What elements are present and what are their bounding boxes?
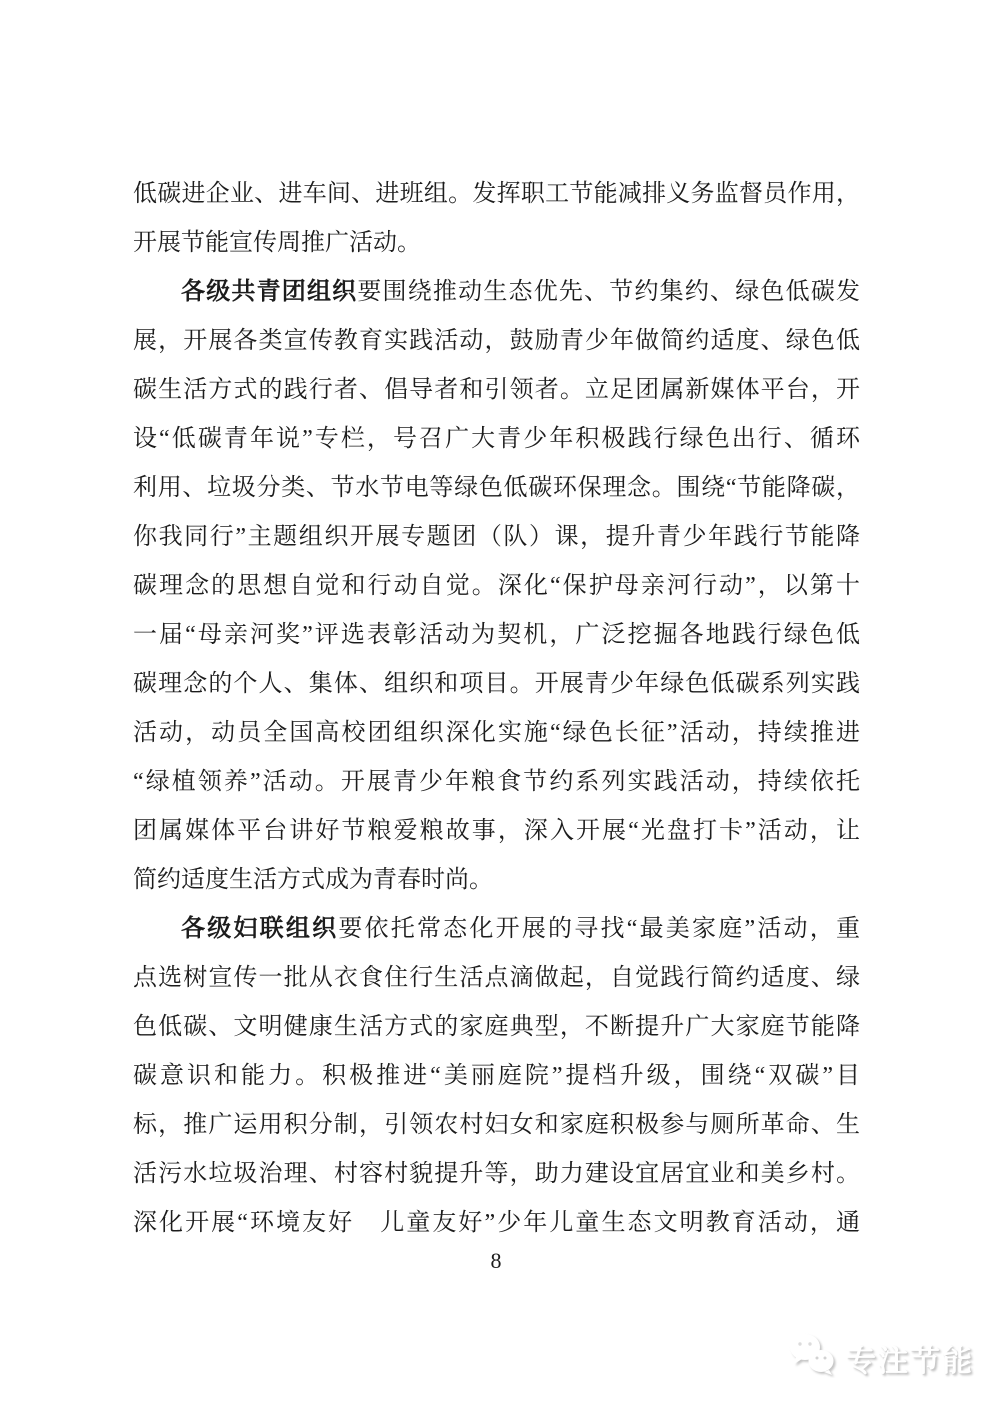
text-line: 深化开展“环境友好 儿童友好”少年儿童生态文明教育活动，通 [133, 1199, 860, 1248]
text-block: 低碳进企业、进车间、进班组。发挥职工节能减排义务监督员作用，开展节能宣传周推广活… [133, 170, 860, 1248]
text-line: 点选树宣传一批从衣食住行生活点滴做起，自觉践行简约适度、绿 [133, 954, 860, 1003]
text-line: 各级妇联组织要依托常态化开展的寻找“最美家庭”活动，重 [133, 905, 860, 954]
text-line: 简约适度生活方式成为青春时尚。 [133, 856, 860, 905]
text-line: 碳生活方式的践行者、倡导者和引领者。立足团属新媒体平台，开 [133, 366, 860, 415]
text-line: 你我同行”主题组织开展专题团（队）课，提升青少年践行节能降 [133, 513, 860, 562]
text-line: “绿植领养”活动。开展青少年粮食节约系列实践活动，持续依托 [133, 758, 860, 807]
text-line: 团属媒体平台讲好节粮爱粮故事，深入开展“光盘打卡”活动，让 [133, 807, 860, 856]
document-page: 低碳进企业、进车间、进班组。发挥职工节能减排义务监督员作用，开展节能宣传周推广活… [0, 0, 992, 1403]
text-line: 活污水垃圾治理、村容村貌提升等，助力建设宜居宜业和美乡村。 [133, 1150, 860, 1199]
text-line: 碳意识和能力。积极推进“美丽庭院”提档升级，围绕“双碳”目 [133, 1052, 860, 1101]
text-line-bold-lead: 各级妇联组织 [181, 916, 338, 942]
text-line: 碳理念的个人、集体、组织和项目。开展青少年绿色低碳系列实践 [133, 660, 860, 709]
text-line: 碳理念的思想自觉和行动自觉。深化“保护母亲河行动”，以第十 [133, 562, 860, 611]
text-line-bold-lead: 各级共青团组织 [181, 279, 357, 305]
watermark: 专注节能 [786, 1332, 974, 1383]
wechat-icon [786, 1332, 838, 1383]
text-line: 一届“母亲河奖”评选表彰活动为契机，广泛挖掘各地践行绿色低 [133, 611, 860, 660]
text-line: 开展节能宣传周推广活动。 [133, 219, 860, 268]
page-number: 8 [0, 1248, 992, 1274]
text-line: 展，开展各类宣传教育实践活动，鼓励青少年做简约适度、绿色低 [133, 317, 860, 366]
text-line: 色低碳、文明健康生活方式的家庭典型，不断提升广大家庭节能降 [133, 1003, 860, 1052]
text-line: 标，推广运用积分制，引领农村妇女和家庭积极参与厕所革命、生 [133, 1101, 860, 1150]
text-line: 各级共青团组织要围绕推动生态优先、节约集约、绿色低碳发 [133, 268, 860, 317]
text-line: 设“低碳青年说”专栏，号召广大青少年积极践行绿色出行、循环 [133, 415, 860, 464]
text-line: 低碳进企业、进车间、进班组。发挥职工节能减排义务监督员作用， [133, 170, 860, 219]
text-line: 活动，动员全国高校团组织深化实施“绿色长征”活动，持续推进 [133, 709, 860, 758]
text-line: 利用、垃圾分类、节水节电等绿色低碳环保理念。围绕“节能降碳， [133, 464, 860, 513]
watermark-label: 专注节能 [846, 1336, 974, 1380]
